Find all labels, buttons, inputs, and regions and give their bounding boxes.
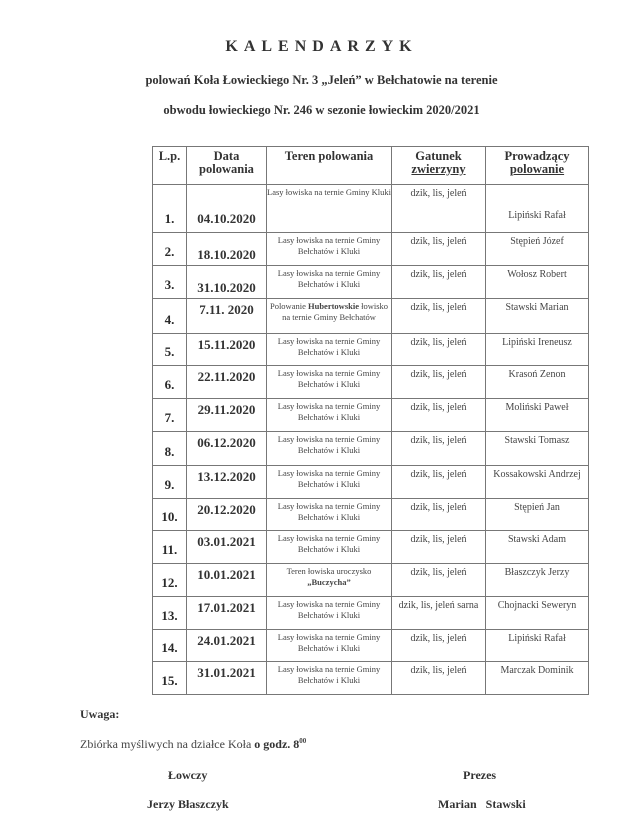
row-number: 8.	[153, 432, 187, 466]
hunt-leader: Marczak Dominik	[486, 662, 589, 695]
hunt-area: Lasy łowiska na ternie Gminy Bełchatów i…	[267, 499, 392, 531]
row-number: 11.	[153, 531, 187, 564]
hunt-leader: Stępień Jan	[486, 499, 589, 531]
hunt-area: Lasy łowiska na ternie Gminy Bełchatów i…	[267, 531, 392, 564]
game-species: dzik, lis, jeleń	[392, 366, 486, 399]
document-title: KALENDARZYK	[0, 38, 643, 56]
row-number: 1.	[153, 185, 187, 233]
table-row: 2.18.10.2020Lasy łowiska na ternie Gminy…	[153, 233, 589, 266]
table-row: 12.10.01.2021Teren łowiska uroczysko „Bu…	[153, 564, 589, 597]
table-row: 15.31.01.2021Lasy łowiska na ternie Gmin…	[153, 662, 589, 695]
game-species: dzik, lis, jeleń	[392, 432, 486, 466]
game-species: dzik, lis, jeleń sarna	[392, 597, 486, 630]
hunt-date: 20.12.2020	[187, 499, 267, 531]
hunt-area: Lasy łowiska na ternie Gminy Bełchatów i…	[267, 597, 392, 630]
hunt-date: 31.10.2020	[187, 266, 267, 299]
hunt-leader: Kossakowski Andrzej	[486, 466, 589, 499]
hunt-schedule-table: L.p. Datapolowania Teren polowania Gatun…	[152, 146, 589, 695]
hunt-leader: Stępień Józef	[486, 233, 589, 266]
hunt-area: Lasy łowiska na ternie Gminy Bełchatów i…	[267, 466, 392, 499]
game-species: dzik, lis, jeleń	[392, 334, 486, 366]
table-row: 11.03.01.2021Lasy łowiska na ternie Gmin…	[153, 531, 589, 564]
row-number: 15.	[153, 662, 187, 695]
row-number: 12.	[153, 564, 187, 597]
hunt-area: Lasy łowiska na ternie Gminy Bełchatów i…	[267, 334, 392, 366]
signature-right-role: Prezes	[463, 768, 496, 783]
table-row: 4.7.11. 2020Polowanie Hubertowskie łowis…	[153, 299, 589, 334]
hunt-leader: Chojnacki Seweryn	[486, 597, 589, 630]
subtitle-line-1: polowań Koła Łowieckiego Nr. 3 „Jeleń” w…	[0, 73, 643, 88]
table-row: 9.13.12.2020Lasy łowiska na ternie Gminy…	[153, 466, 589, 499]
hunt-date: 15.11.2020	[187, 334, 267, 366]
table-row: 10.20.12.2020Lasy łowiska na ternie Gmin…	[153, 499, 589, 531]
table-row: 8.06.12.2020Lasy łowiska na ternie Gminy…	[153, 432, 589, 466]
hunt-date: 17.01.2021	[187, 597, 267, 630]
hunt-leader: Lipiński Ireneusz	[486, 334, 589, 366]
hunt-area: Polowanie Hubertowskie łowisko na ternie…	[267, 299, 392, 334]
hunt-date: 24.01.2021	[187, 630, 267, 662]
row-number: 6.	[153, 366, 187, 399]
game-species: dzik, lis, jeleń	[392, 662, 486, 695]
table-row: 13.17.01.2021Lasy łowiska na ternie Gmin…	[153, 597, 589, 630]
note-heading: Uwaga:	[80, 707, 119, 722]
row-number: 7.	[153, 399, 187, 432]
note-text: Zbiórka myśliwych na działce Koła o godz…	[80, 737, 306, 752]
game-species: dzik, lis, jeleń	[392, 466, 486, 499]
header-species: Gatunekzwierzyny	[392, 147, 486, 185]
table-row: 7.29.11.2020Lasy łowiska na ternie Gminy…	[153, 399, 589, 432]
hunt-leader: Moliński Paweł	[486, 399, 589, 432]
hunt-leader: Błaszczyk Jerzy	[486, 564, 589, 597]
hunt-leader: Stawski Marian	[486, 299, 589, 334]
header-date: Datapolowania	[187, 147, 267, 185]
hunt-area: Lasy łowiska na ternie Gminy Bełchatów i…	[267, 432, 392, 466]
hunt-area: Lasy łowiska na ternie Gminy Bełchatów i…	[267, 662, 392, 695]
header-area: Teren polowania	[267, 147, 392, 185]
table-row: 3.31.10.2020Lasy łowiska na ternie Gminy…	[153, 266, 589, 299]
signature-right-name: Marian Stawski	[438, 797, 526, 812]
hunt-area: Lasy łowiska na ternie Gminy Bełchatów i…	[267, 366, 392, 399]
hunt-date: 06.12.2020	[187, 432, 267, 466]
header-leader: Prowadzącypolowanie	[486, 147, 589, 185]
hunt-date: 10.01.2021	[187, 564, 267, 597]
game-species: dzik, lis, jeleń	[392, 399, 486, 432]
hunt-date: 04.10.2020	[187, 185, 267, 233]
signature-left-role: Łowczy	[168, 768, 207, 783]
hunt-area: Lasy łowiska na ternie Gminy Bełchatów i…	[267, 399, 392, 432]
hunt-leader: Krasoń Zenon	[486, 366, 589, 399]
hunt-area: Lasy łowiska na ternie Gminy Kluki	[267, 185, 392, 233]
hunt-date: 13.12.2020	[187, 466, 267, 499]
hunt-leader: Lipiński Rafał	[486, 630, 589, 662]
game-species: dzik, lis, jeleń	[392, 299, 486, 334]
hunt-area: Lasy łowiska na ternie Gminy Bełchatów i…	[267, 233, 392, 266]
table-row: 1.04.10.2020Lasy łowiska na ternie Gminy…	[153, 185, 589, 233]
hunt-leader: Wołosz Robert	[486, 266, 589, 299]
row-number: 10.	[153, 499, 187, 531]
hunt-area: Lasy łowiska na ternie Gminy Bełchatów i…	[267, 630, 392, 662]
row-number: 2.	[153, 233, 187, 266]
game-species: dzik, lis, jeleń	[392, 266, 486, 299]
hunt-leader: Stawski Adam	[486, 531, 589, 564]
table-row: 5.15.11.2020Lasy łowiska na ternie Gminy…	[153, 334, 589, 366]
game-species: dzik, lis, jeleń	[392, 233, 486, 266]
hunt-date: 7.11. 2020	[187, 299, 267, 334]
game-species: dzik, lis, jeleń	[392, 499, 486, 531]
hunt-date: 22.11.2020	[187, 366, 267, 399]
hunt-leader: Stawski Tomasz	[486, 432, 589, 466]
subtitle-line-2: obwodu łowieckiego Nr. 246 w sezonie łow…	[0, 103, 643, 118]
header-lp: L.p.	[153, 147, 187, 185]
table-header-row: L.p. Datapolowania Teren polowania Gatun…	[153, 147, 589, 185]
game-species: dzik, lis, jeleń	[392, 531, 486, 564]
game-species: dzik, lis, jeleń	[392, 630, 486, 662]
hunt-area: Lasy łowiska na ternie Gminy Bełchatów i…	[267, 266, 392, 299]
row-number: 5.	[153, 334, 187, 366]
hunt-date: 03.01.2021	[187, 531, 267, 564]
row-number: 14.	[153, 630, 187, 662]
row-number: 4.	[153, 299, 187, 334]
row-number: 9.	[153, 466, 187, 499]
row-number: 13.	[153, 597, 187, 630]
game-species: dzik, lis, jeleń	[392, 564, 486, 597]
signature-left-name: Jerzy Błaszczyk	[147, 797, 229, 812]
hunt-area: Teren łowiska uroczysko „Buczycha”	[267, 564, 392, 597]
game-species: dzik, lis, jeleń	[392, 185, 486, 233]
row-number: 3.	[153, 266, 187, 299]
table-row: 6.22.11.2020Lasy łowiska na ternie Gminy…	[153, 366, 589, 399]
hunt-leader: Lipiński Rafał	[486, 185, 589, 233]
table-row: 14.24.01.2021Lasy łowiska na ternie Gmin…	[153, 630, 589, 662]
hunt-date: 29.11.2020	[187, 399, 267, 432]
hunt-date: 18.10.2020	[187, 233, 267, 266]
hunt-date: 31.01.2021	[187, 662, 267, 695]
